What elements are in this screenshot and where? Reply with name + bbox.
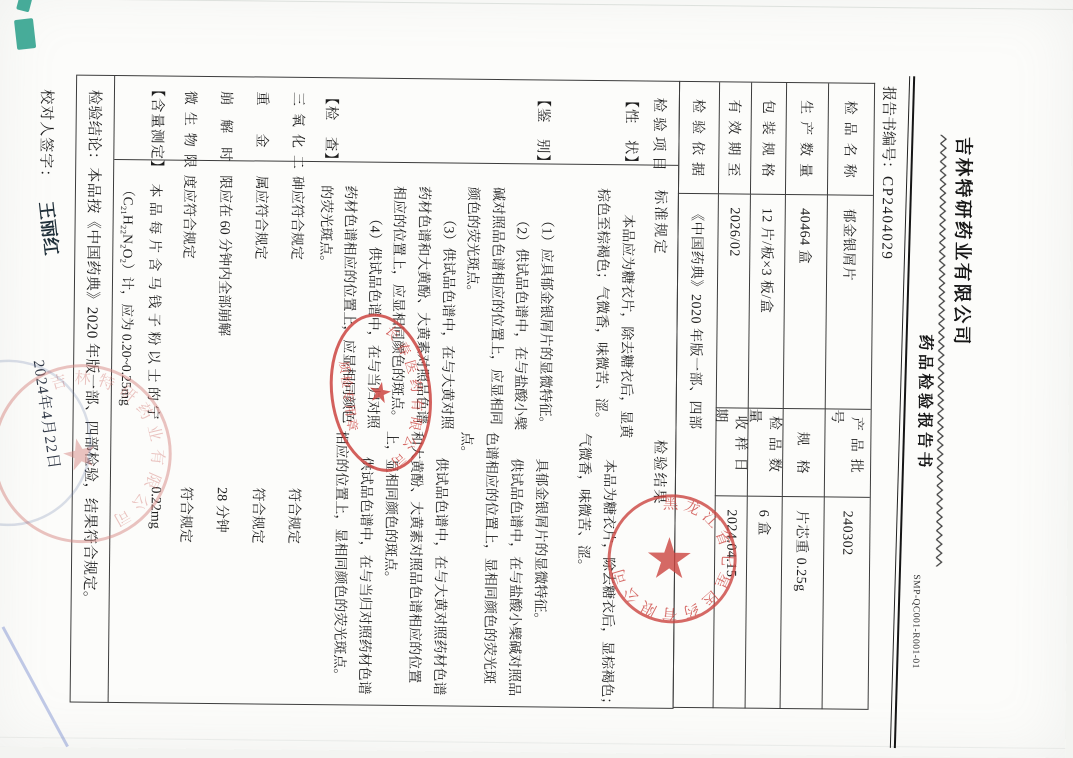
test-name: 崩解时限: [216, 91, 237, 189]
report-number-label: 报告书编号：: [879, 86, 896, 176]
assay-standard-line1: 本品每片含马钱子粉以士的宁: [144, 183, 167, 424]
info-value: 郁金银屑片: [825, 195, 873, 409]
text-line: 相应的位置上，显相同颜色的荧光斑点。: [326, 430, 354, 694]
test-result: 28 分钟: [212, 487, 232, 533]
info-label: 检品数量: [747, 409, 783, 497]
section-label-identification: 【鉴 别】: [533, 92, 555, 170]
text-line: （4）供试品色谱中，在与当归对照: [359, 186, 386, 429]
text-line: 和大黄酚、大黄素对照品色谱相应的位置: [401, 431, 429, 695]
info-label: 检品名称: [827, 83, 874, 195]
test-row: 重金属: [252, 91, 273, 189]
text-line: 色谱相应的位置上，显相同颜色的荧光斑: [476, 432, 504, 696]
section-label-assay: 【含量测定】: [147, 82, 169, 175]
paper-edge-line-left: [0, 0, 1073, 10]
text-line: 供试品色谱中，在与当归对照药材色谱: [351, 430, 379, 694]
identification-standard: （1）应具郁金银屑片的显微特征。 （2）供试品色谱中，在与盐酸小檗 碱对照品色谱…: [310, 185, 558, 431]
sample-info-table: 检品名称 郁金银屑片 产品批号 240302 生产数量 40464 盒 规格 片…: [673, 81, 876, 710]
text-line: 供试品色谱中，在与大黄对照药材色谱: [426, 431, 454, 695]
text-line: （2）供试品色谱中，在与盐酸小檗: [506, 187, 533, 430]
document-code: SMP-QC001-R001-01: [910, 574, 921, 669]
text-line: 药材色谱相应的位置上，应显相同颜色: [334, 185, 361, 428]
test-standard: 应在 60 分钟内全部崩解: [214, 189, 236, 336]
text-line: 本品应为糖衣片，除去糖衣后，显黄: [612, 188, 640, 438]
info-label: 规格: [782, 409, 825, 497]
test-standard: 应符合规定: [179, 189, 200, 259]
report-number-line: 报告书编号：CP2404029: [877, 86, 900, 261]
info-value: 12 片/板×3 板/盒: [748, 195, 785, 409]
test-standard: 应符合规定: [287, 190, 308, 260]
report-number-value: CP2404029: [878, 176, 895, 261]
inspection-basis-label: 检验依据: [678, 82, 719, 194]
report-title: 药品检验报告书: [914, 334, 938, 471]
info-value: 40464 盒: [783, 195, 827, 409]
info-label: 有效期至: [718, 82, 751, 194]
text-line: 供试品色谱中，在与盐酸小檗碱对照品: [501, 432, 529, 696]
blue-pen-streak: [2, 626, 69, 747]
section-label-tests: 【检 查】: [321, 90, 343, 168]
info-value: 2026/02: [716, 194, 750, 408]
inspection-basis-value: 《中国药典》2020 年版一部、四部: [673, 194, 718, 708]
info-value: 片芯重 0.25g: [780, 497, 824, 709]
text-line: 气微香，味微苦、涩。: [569, 433, 597, 711]
info-label: 产品批号: [824, 409, 871, 497]
assay-result: 0.22mg: [146, 486, 162, 529]
report-page: 吉林特研药业有限公司 药品检验报告书 SMP-QC001-R001-01 报告书…: [0, 0, 1073, 758]
handwritten-date: 2024年4月22日: [29, 358, 67, 471]
column-header-standard: 标准规定: [650, 190, 672, 256]
info-value: 2024.04.15: [713, 496, 747, 708]
paper-edge-line-right: [0, 737, 1065, 749]
text-line: 颜色的荧光斑点。: [457, 187, 484, 430]
assay-standard-line2: （C₂₁H₂₂N₂O₂）计，应为 0.20~0.25mg: [118, 183, 140, 406]
text-line: 具郁金银屑片的显微特征。: [526, 432, 554, 696]
info-label: 收样日期: [715, 408, 748, 496]
test-name: 微生物限度: [180, 91, 201, 189]
text-line: 碱对照品色谱相应的位置上，应显相同: [482, 187, 509, 430]
handwritten-signature: 王丽红: [34, 200, 66, 257]
green-ink-mark: [16, 0, 33, 12]
test-result: 符合规定: [284, 488, 305, 544]
info-value: 240302: [822, 497, 870, 709]
conclusion-text: 检验结论：本品按《中国药典》2020 年版一部、四部检验，结果符合规定。: [80, 90, 106, 607]
company-name: 吉林特研药业有限公司: [949, 137, 977, 347]
test-row: 崩解时限: [216, 91, 237, 189]
identification-result: 具郁金银屑片的显微特征。 供试品色谱中，在与盐酸小檗碱对照品 色谱相应的位置上，…: [326, 430, 554, 696]
scanned-inspection-report: 吉林特研药业有限公司 药品检验报告书 SMP-QC001-R001-01 报告书…: [0, 0, 1073, 758]
text-line: 相应的位置上，应显相同颜色的斑点。: [383, 186, 410, 429]
test-row: 三氧化二砷: [288, 92, 309, 190]
info-label: 生产数量: [785, 83, 828, 195]
test-name: 三氧化二砷: [288, 92, 309, 190]
column-header-item: 检验项目: [649, 98, 671, 176]
column-header-result: 检验结果: [650, 440, 672, 506]
text-line: （1）应具郁金银屑片的显微特征。: [531, 187, 558, 430]
results-table: 检验项目 标准规定 检验结果 【性 状】 本品应为糖衣片，除去糖衣后，显黄 棕色…: [70, 75, 681, 709]
text-line: 棕色至棕褐色；气微香，味微苦、涩。: [587, 188, 615, 438]
conclusion-divider: [108, 76, 116, 702]
test-result: 符合规定: [248, 487, 269, 543]
test-result: 符合规定: [176, 487, 197, 543]
appearance-result: 本品为糖衣片，除去糖衣后，显棕褐色； 气微香，味微苦、涩。: [569, 433, 622, 712]
text-line: （3）供试品色谱中，在与大黄对照: [433, 186, 460, 429]
section-label-appearance: 【性 状】: [621, 93, 643, 171]
test-standard: 应符合规定: [251, 189, 272, 259]
text-line: 药材色谱和大黄酚、大黄素对照品色谱: [408, 186, 435, 429]
proofreader-label: 校对人签字：: [36, 89, 58, 185]
text-line: 的荧光斑点。: [310, 185, 337, 428]
appearance-standard: 本品应为糖衣片，除去糖衣后，显黄 棕色至棕褐色；气微香，味微苦、涩。: [587, 188, 640, 439]
text-line: 点。: [451, 432, 479, 696]
test-name: 重金属: [252, 91, 273, 189]
info-value: 6 盒: [745, 497, 782, 709]
green-ink-mark: [14, 18, 36, 50]
info-label: 包装规格: [750, 83, 786, 195]
text-line: 本品为糖衣片，除去糖衣后，显棕褐色；: [594, 433, 622, 711]
text-line: 上，显相同颜色的斑点。: [376, 431, 404, 695]
test-row: 微生物限度: [180, 91, 201, 189]
